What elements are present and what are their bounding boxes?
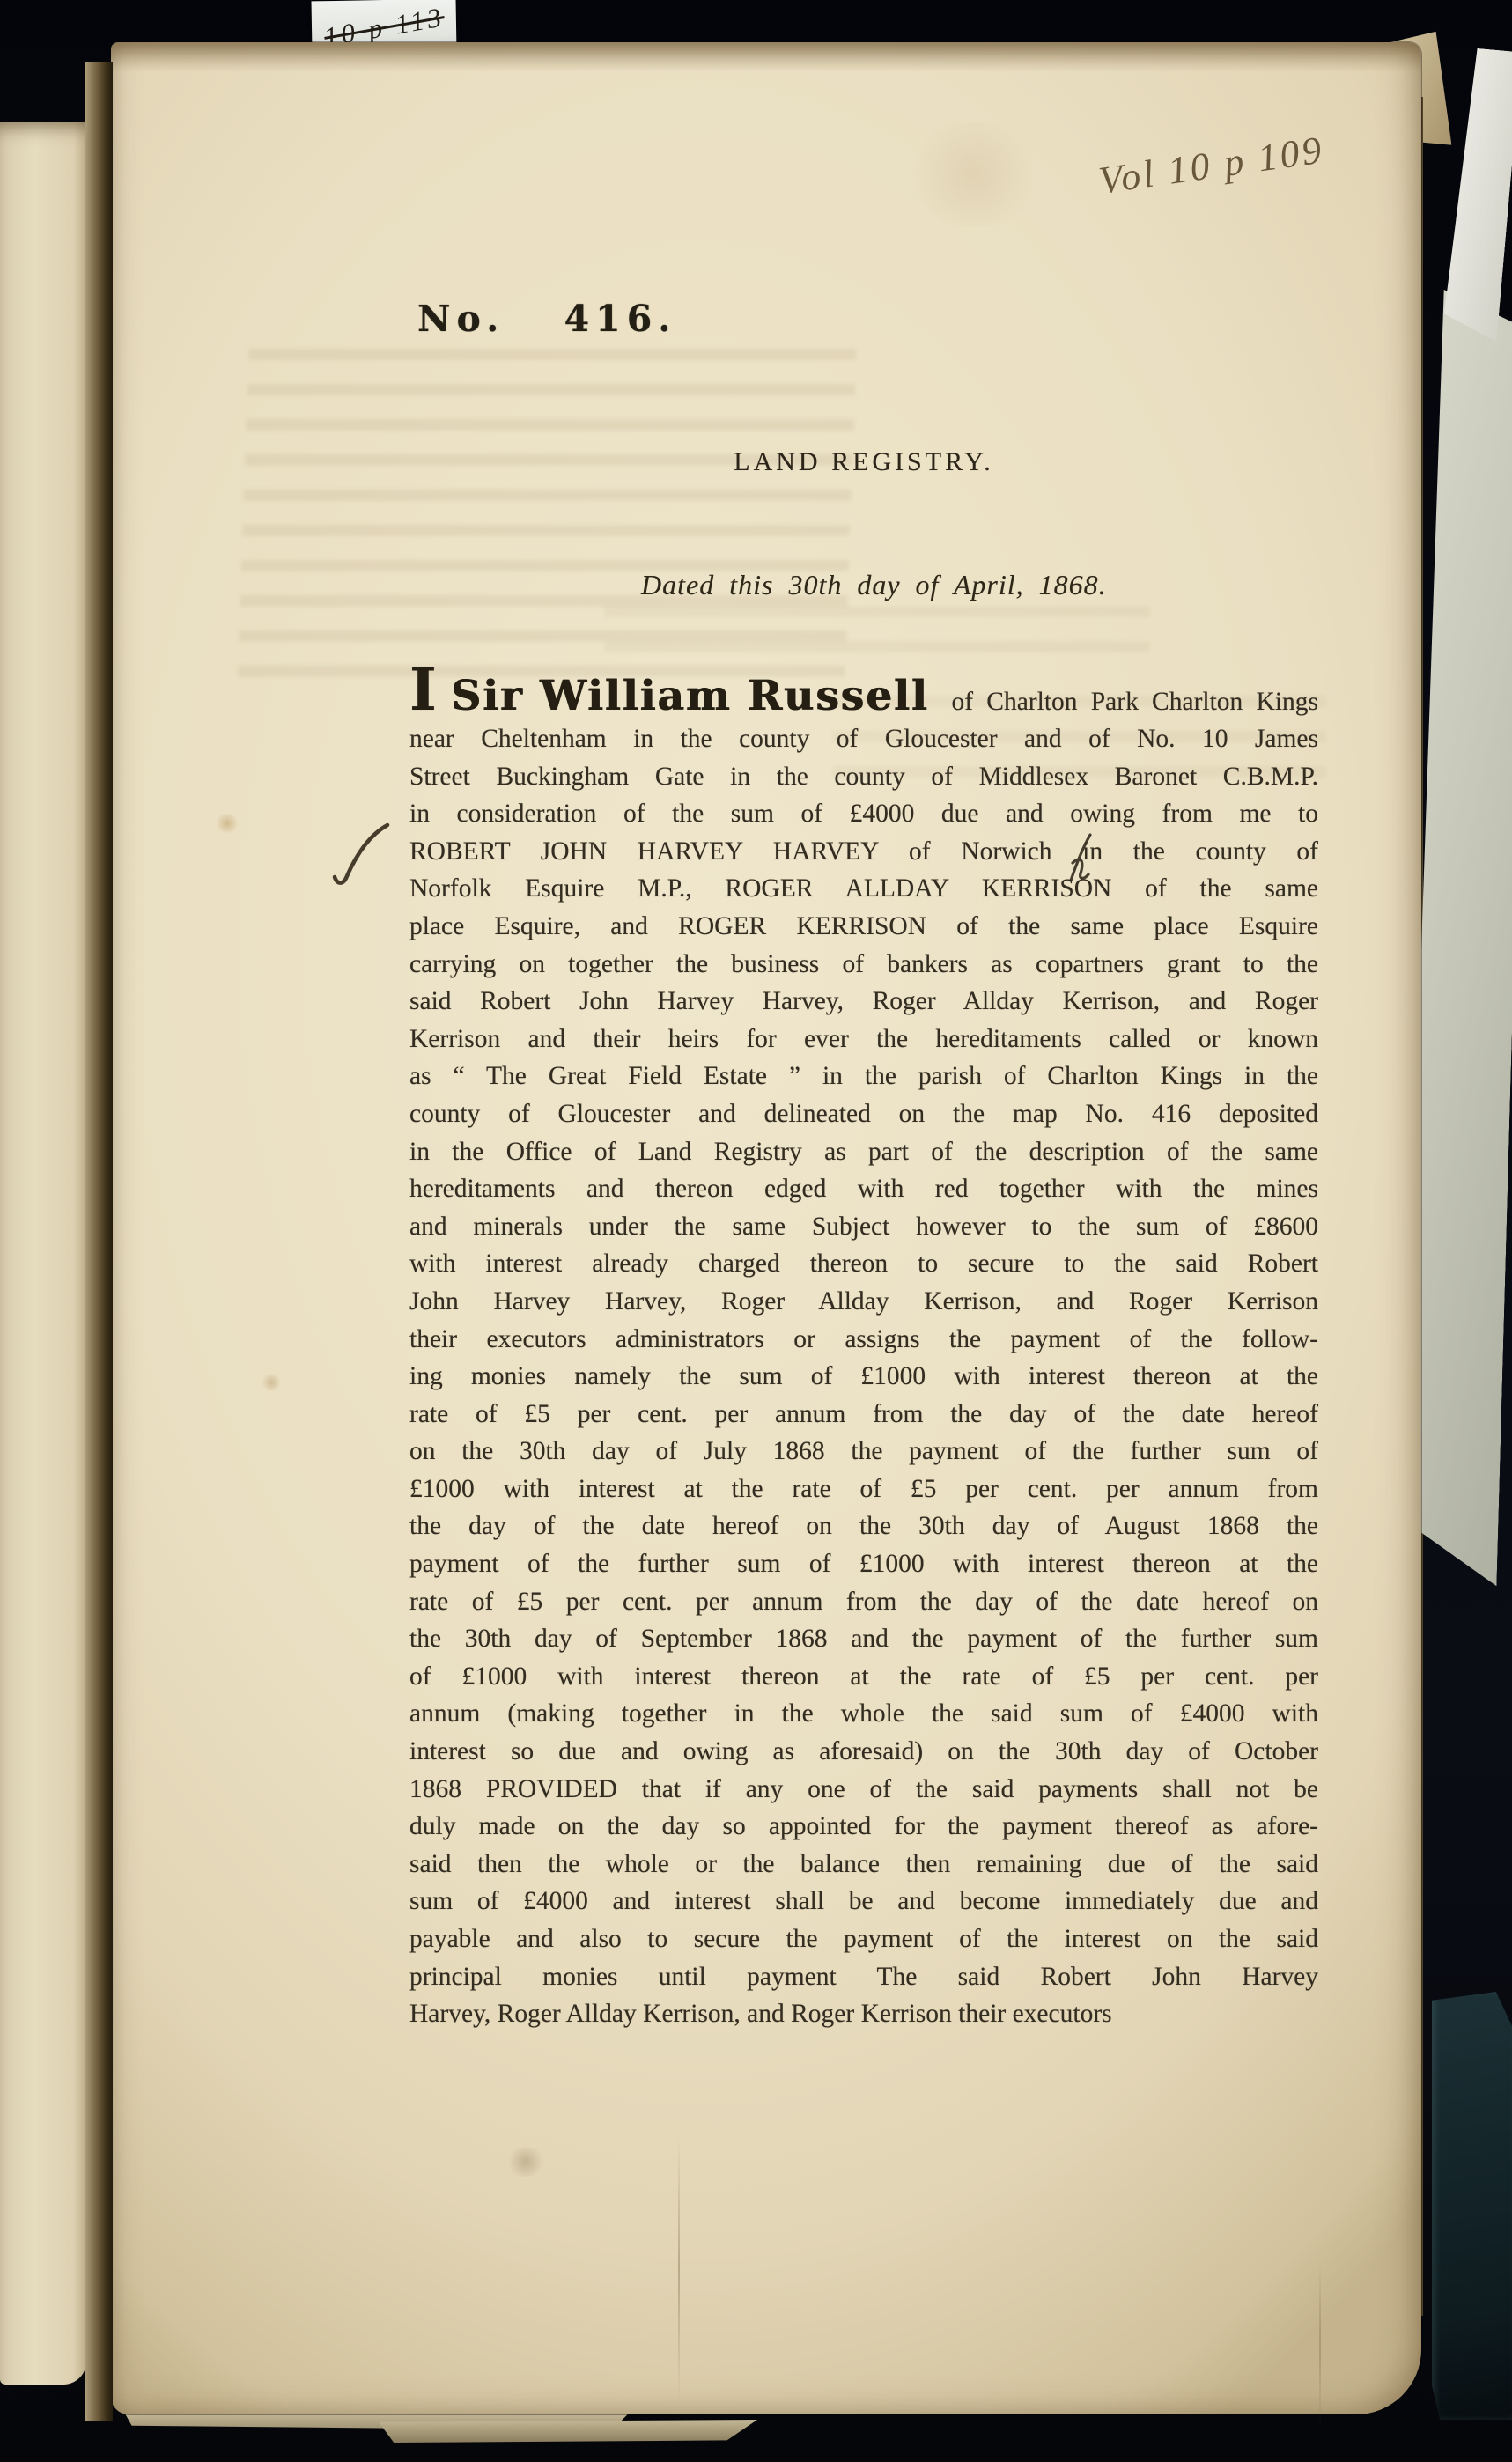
deed-line: of £1000 with interest thereon at the ra… <box>409 1658 1318 1696</box>
bleed-through-text <box>237 349 856 682</box>
deed-line: in consideration of the sum of £4000 due… <box>409 795 1318 833</box>
photograph-background: 10 p 113 Vol 10 p 109 No. 416. LAND REGI… <box>0 0 1512 2462</box>
deed-line: Street Buckingham Gate in the county of … <box>409 758 1318 796</box>
paper-crease <box>678 2138 680 2402</box>
deed-line: and minerals under the same Subject howe… <box>409 1208 1318 1246</box>
book-cover-edge <box>1432 1992 1512 2420</box>
deed-line: of Charlton Park Charlton Kings <box>951 688 1318 717</box>
blackletter-grantor-name: Sir William Russell <box>451 672 929 720</box>
deed-line: carrying on together the business of ban… <box>409 946 1318 984</box>
deed-line: Harvey, Roger Allday Kerrison, and Roger… <box>409 1995 1318 2033</box>
book-gutter-shadow <box>85 62 113 2421</box>
deed-line: near Cheltenham in the county of Glouces… <box>409 720 1318 758</box>
deed-line: their executors administrators or assign… <box>409 1321 1318 1359</box>
deed-lines: near Cheltenham in the county of Glouces… <box>409 720 1318 2033</box>
deed-line: said then the whole or the balance then … <box>409 1846 1318 1883</box>
deed-line: county of Gloucester and delineated on t… <box>409 1095 1318 1133</box>
deed-line: place Esquire, and ROGER KERRISON of the… <box>409 908 1318 946</box>
deed-line: with interest already charged thereon to… <box>409 1245 1318 1283</box>
deed-line: ing monies namely the sum of £1000 with … <box>409 1358 1318 1396</box>
deed-line: rate of £5 per cent. per annum from the … <box>409 1396 1318 1434</box>
deed-line: said Robert John Harvey Harvey, Roger Al… <box>409 983 1318 1021</box>
deed-line: payable and also to secure the payment o… <box>409 1920 1318 1958</box>
document-page: Vol 10 p 109 No. 416. LAND REGISTRY. Dat… <box>111 42 1421 2414</box>
bottom-page-edge <box>379 2420 757 2443</box>
deed-line: sum of £4000 and interest shall be and b… <box>409 1883 1318 1920</box>
deed-line: Kerrison and their heirs for ever the he… <box>409 1021 1318 1058</box>
deed-line: 1868 PROVIDED that if any one of the sai… <box>409 1771 1318 1809</box>
deed-line: on the 30th day of July 1868 the payment… <box>409 1433 1318 1471</box>
deed-line: annum (making together in the whole the … <box>409 1695 1318 1733</box>
dated-line: Dated this 30th day of April, 1868. <box>641 569 1107 601</box>
check-mark-icon <box>329 821 393 899</box>
deed-line: Norfolk Esquire M.P., ROGER ALLDAY KERRI… <box>409 870 1318 908</box>
deed-line: as “ The Great Field Estate ” in the par… <box>409 1058 1318 1095</box>
deed-line: John Harvey Harvey, Roger Allday Kerriso… <box>409 1283 1318 1321</box>
paper-stain <box>904 122 1044 227</box>
document-number: No. 416. <box>417 298 677 340</box>
deed-line: the day of the date hereof on the 30th d… <box>409 1507 1318 1545</box>
deed-line: duly made on the day so appointed for th… <box>409 1808 1318 1846</box>
tucked-paper-corner <box>1442 48 1512 342</box>
blackletter-initial: I <box>409 659 437 720</box>
deed-line: in the Office of Land Registry as part o… <box>409 1133 1318 1171</box>
paper-stain <box>261 1374 282 1391</box>
deed-line: the 30th day of September 1868 and the p… <box>409 1620 1318 1658</box>
deed-line: rate of £5 per cent. per annum from the … <box>409 1583 1318 1621</box>
deed-line: £1000 with interest at the rate of £5 pe… <box>409 1471 1318 1508</box>
deed-line: hereditaments and thereon edged with red… <box>409 1170 1318 1208</box>
land-registry-heading: LAND REGISTRY. <box>729 447 999 477</box>
paper-stain <box>215 814 240 833</box>
deed-body-text: I Sir William Russell of Charlton Park C… <box>409 659 1318 2033</box>
paper-crease <box>1319 2261 1321 2429</box>
paper-stain <box>505 2147 546 2177</box>
deed-line: principal monies until payment The said … <box>409 1958 1318 1996</box>
deed-line: ROBERT JOHN HARVEY HARVEY of Norwich in … <box>409 833 1318 871</box>
deed-line: payment of the further sum of £1000 with… <box>409 1545 1318 1583</box>
previous-page-edge <box>0 122 86 2385</box>
deed-line: interest so due and owing as aforesaid) … <box>409 1733 1318 1771</box>
deed-opening-line: I Sir William Russell of Charlton Park C… <box>409 659 1318 720</box>
handwritten-folio-annotation: Vol 10 p 109 <box>1096 102 1504 203</box>
